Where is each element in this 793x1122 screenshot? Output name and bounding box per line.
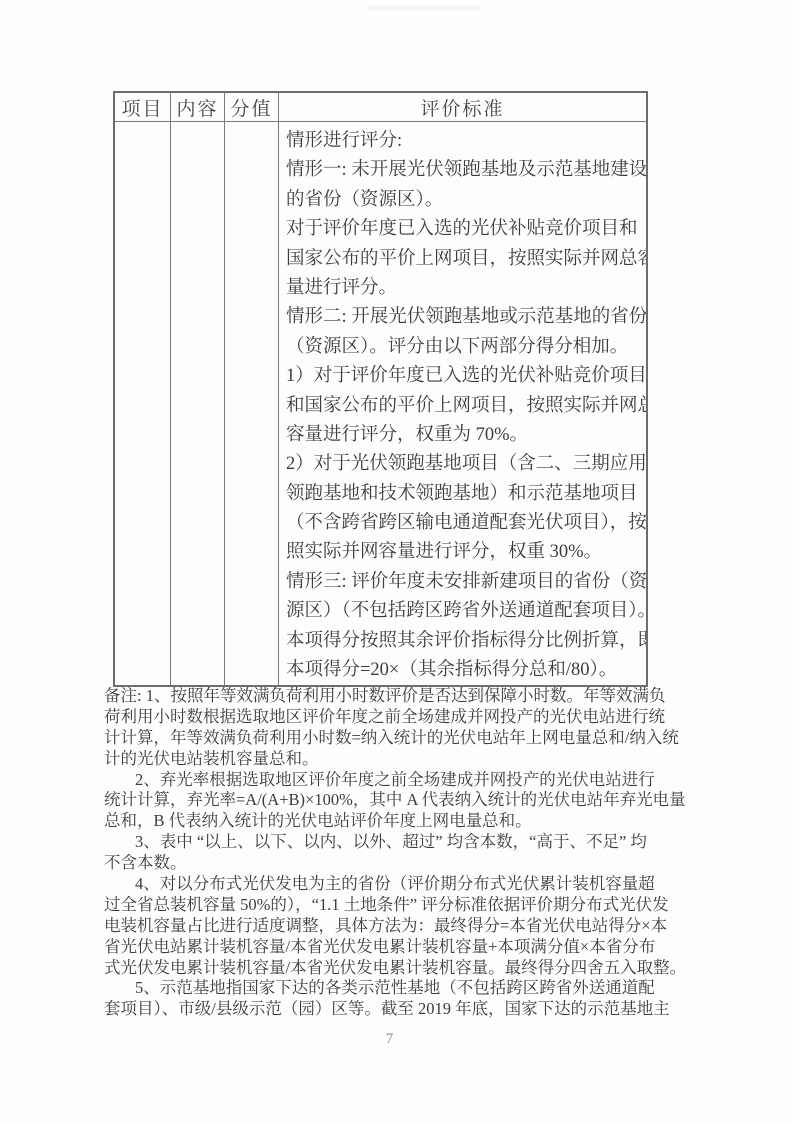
criteria-line: （不含跨省跨区输电通道配套光伏项目），按: [286, 509, 642, 538]
header-cell-criteria: 评价标准: [279, 93, 646, 122]
page-number: 7: [0, 1031, 780, 1048]
criteria-line: 1）对于评价年度已入选的光伏补贴竞价项目: [286, 362, 642, 391]
note-line: 荷利用小时数根据选取地区评价年度之前全场建成并网投产的光伏电站进行统: [104, 707, 704, 728]
note-line: 不含本数。: [104, 853, 704, 874]
criteria-line: 情形进行评分:: [286, 127, 642, 156]
note-line: 电装机容量占比进行适度调整，具体方法为：最终得分=本省光伏电站得分×本: [104, 916, 704, 937]
document-page: 项目 内容 分值 评价标准 情形进行评分: 情形一: 未开展光伏领跑基地及示范基…: [0, 0, 793, 1122]
note-line: 2、弃光率根据选取地区评价年度之前全场建成并网投产的光伏电站进行: [104, 770, 704, 791]
note-line: 计计算，年等效满负荷利用小时数=纳入统计的光伏电站年上网电量总和/纳入统: [104, 728, 704, 749]
table-body-row: 情形进行评分: 情形一: 未开展光伏领跑基地及示范基地建设 的省份（资源区）。 …: [115, 122, 646, 685]
criteria-line: 本项得分=20×（其余指标得分总和/80）。: [286, 656, 642, 685]
notes-section: 备注: 1、按照年等效满负荷利用小时数评价是否达到保障小时数。年等效满负 荷利用…: [104, 686, 704, 1020]
note-line: 5、示范基地指国家下达的各类示范性基地（不包括跨区跨省外送通道配: [104, 978, 704, 999]
note-line: 计的光伏电站装机容量总和。: [104, 749, 704, 770]
criteria-line: 本项得分按照其余评价指标得分比例折算，即: [286, 627, 642, 656]
criteria-line: 照实际并网容量进行评分，权重 30%。: [286, 538, 642, 567]
criteria-line: 源区）（不包括跨区跨省外送通道配套项目）。: [286, 597, 642, 626]
note-line: 套项目）、市级/县级示范（园）区等。截至 2019 年底，国家下达的示范基地主: [104, 999, 704, 1020]
scan-artifact: [368, 5, 480, 11]
header-cell-content: 内容: [171, 93, 225, 122]
note-line: 备注: 1、按照年等效满负荷利用小时数评价是否达到保障小时数。年等效满负: [104, 686, 704, 707]
note-line: 式光伏发电累计装机容量/本省光伏发电累计装机容量。最终得分四舍五入取整。: [104, 958, 704, 979]
criteria-line: 情形三: 评价年度未安排新建项目的省份（资: [286, 568, 642, 597]
criteria-line: （资源区）。评分由以下两部分得分相加。: [286, 333, 642, 362]
criteria-line: 情形二: 开展光伏领跑基地或示范基地的省份: [286, 303, 642, 332]
table-header-row: 项目 内容 分值 评价标准: [115, 93, 646, 122]
note-line: 统计计算，弃光率=A/(A+B)×100%，其中 A 代表纳入统计的光伏电站年弃…: [104, 790, 704, 811]
item-cell-empty: [115, 122, 171, 685]
criteria-line: 量进行评分。: [286, 274, 642, 303]
criteria-line: 情形一: 未开展光伏领跑基地及示范基地建设: [286, 156, 642, 185]
evaluation-table: 项目 内容 分值 评价标准 情形进行评分: 情形一: 未开展光伏领跑基地及示范基…: [113, 91, 648, 687]
criteria-line: 容量进行评分，权重为 70%。: [286, 421, 642, 450]
header-cell-score: 分值: [225, 93, 279, 122]
note-line: 3、表中 “以上、以下、以内、以外、超过” 均含本数，“高于、不足” 均: [104, 832, 704, 853]
note-line: 省光伏电站累计装机容量/本省光伏发电累计装机容量+本项满分值×本省分布: [104, 937, 704, 958]
criteria-line: 国家公布的平价上网项目，按照实际并网总容: [286, 245, 642, 274]
header-cell-item: 项目: [115, 93, 171, 122]
criteria-line: 对于评价年度已入选的光伏补贴竞价项目和: [286, 215, 642, 244]
criteria-cell: 情形进行评分: 情形一: 未开展光伏领跑基地及示范基地建设 的省份（资源区）。 …: [279, 122, 646, 685]
criteria-line: 和国家公布的平价上网项目，按照实际并网总: [286, 392, 642, 421]
content-cell-empty: [171, 122, 225, 685]
note-line: 过全省总装机容量 50%的），“1.1 土地条件” 评分标准依据评价期分布式光伏…: [104, 895, 704, 916]
criteria-line: 的省份（资源区）。: [286, 186, 642, 215]
score-cell-empty: [225, 122, 279, 685]
note-line: 4、对以分布式光伏发电为主的省份（评价期分布式光伏累计装机容量超: [104, 874, 704, 895]
note-line: 总和，B 代表纳入统计的光伏电站评价年度上网电量总和。: [104, 811, 704, 832]
criteria-line: 领跑基地和技术领跑基地）和示范基地项目: [286, 480, 642, 509]
criteria-line: 2）对于光伏领跑基地项目（含二、三期应用: [286, 450, 642, 479]
